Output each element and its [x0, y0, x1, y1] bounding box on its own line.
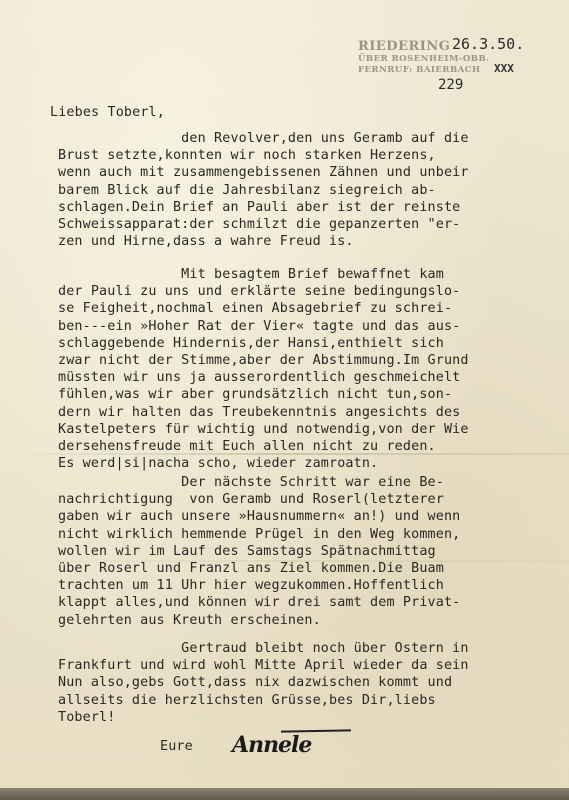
paragraph-3: Der nächste Schritt war eine Be- nachric… — [58, 474, 460, 629]
page-bottom-edge — [0, 788, 569, 800]
letter-date: 26.3.50. — [452, 35, 524, 53]
closing: Eure — [160, 738, 193, 755]
letterhead-via: ÜBER ROSENHEIM-OBB. — [358, 54, 490, 65]
letterhead-phone: FERNRUF: BAIERBACH — [358, 65, 490, 76]
typed-mark: XXX — [494, 62, 514, 75]
letter-number: 229 — [438, 77, 463, 93]
paragraph-1: den Revolver,den uns Geramb auf die Brus… — [58, 130, 469, 250]
handwritten-signature: Annele — [232, 732, 311, 758]
salutation: Liebes Toberl, — [50, 104, 165, 121]
paragraph-2: Mit besagtem Brief bewaffnet kam der Pau… — [58, 266, 469, 472]
paragraph-4: Gertraud bleibt noch über Ostern in Fran… — [58, 640, 469, 726]
